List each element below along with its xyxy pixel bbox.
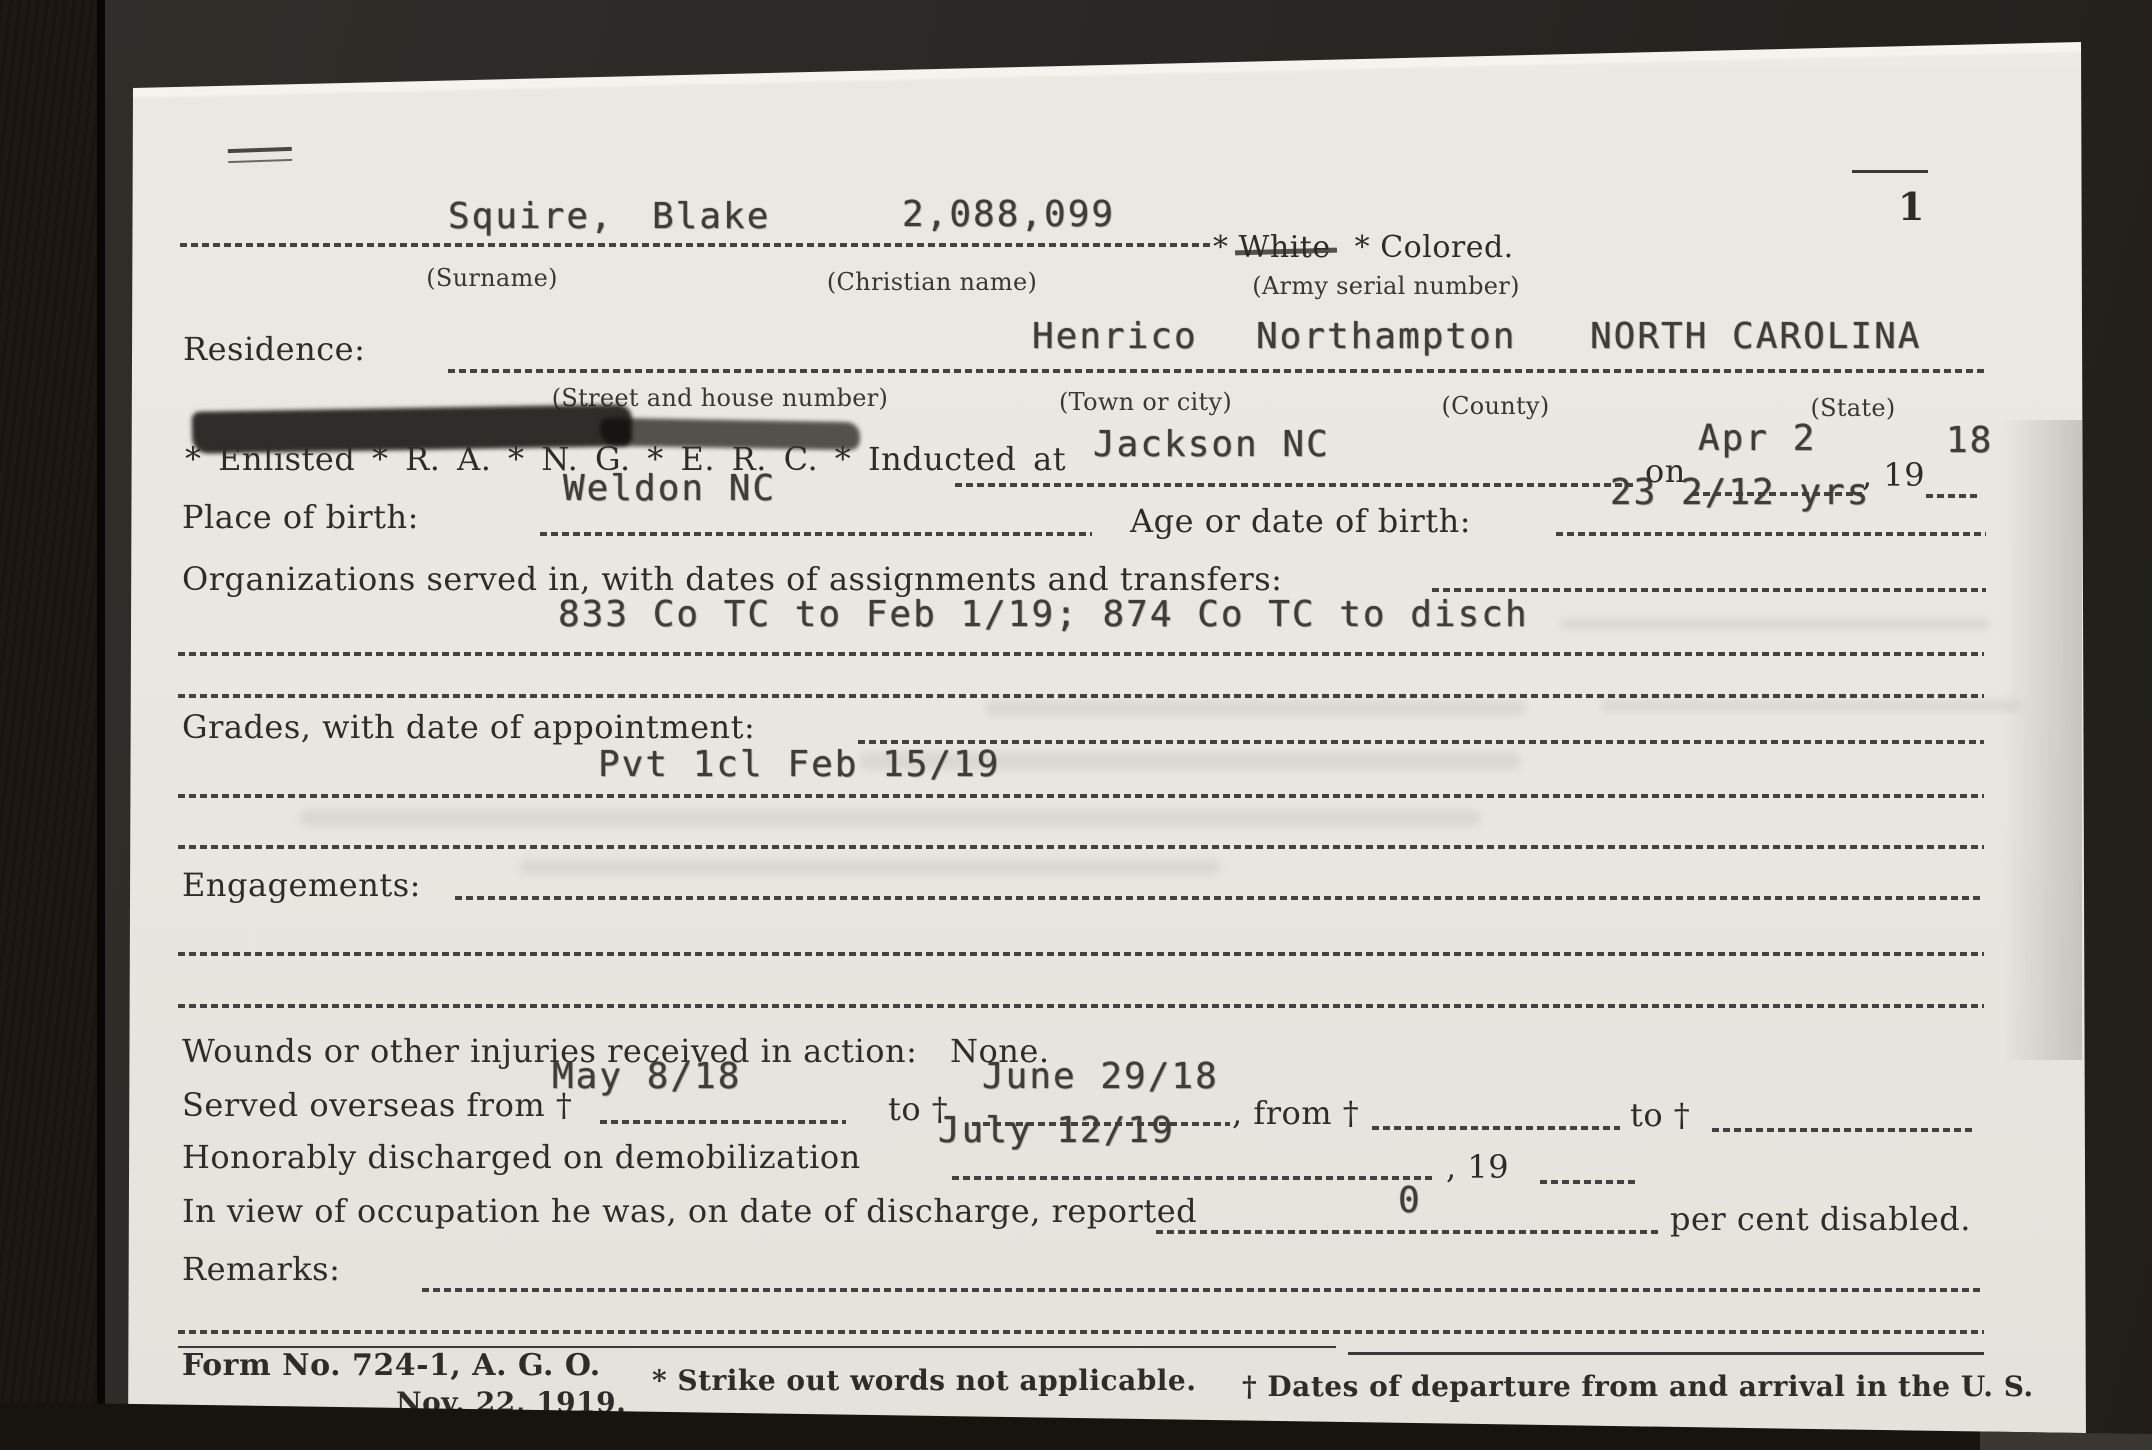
surname-label: (Surname) <box>392 264 592 292</box>
residence-county-value: Northampton <box>1256 316 1516 357</box>
serial-number-value: 2,088,099 <box>902 194 1115 235</box>
inducted-place-value: Jackson NC <box>1093 424 1330 465</box>
birthplace-value: Weldon NC <box>563 468 776 509</box>
residence-town-value: Henrico <box>1032 316 1198 357</box>
bleed-through-mark <box>520 860 1220 874</box>
scan-shading <box>2002 420 2082 1060</box>
grades-line-full-1 <box>178 794 1984 798</box>
overseas-line-3 <box>1372 1126 1620 1130</box>
bleed-through-mark <box>300 810 1480 826</box>
grades-label: Grades, with date of appointment: <box>182 708 755 746</box>
overseas-to1-value: June 29/18 <box>982 1056 1219 1097</box>
wounds-label: Wounds or other injuries received in act… <box>182 1032 917 1070</box>
serial-number-label: (Army serial number) <box>1236 272 1536 300</box>
grades-line-full-2 <box>178 845 1984 849</box>
overseas-from1-value: May 8/18 <box>552 1056 741 1097</box>
residence-state-value: NORTH CAROLINA <box>1590 316 1921 357</box>
residence-line <box>448 369 1986 373</box>
grades-value: Pvt 1cl Feb 15/19 <box>598 744 1000 785</box>
organizations-line-full-2 <box>178 694 1984 698</box>
town-label: (Town or city) <box>1038 388 1253 416</box>
engagements-line-full-1 <box>178 952 1984 956</box>
race-star-2: * <box>1355 230 1371 265</box>
race-options: * White * Colored. <box>1213 230 1514 265</box>
induction-date-value: Apr 2 <box>1698 418 1816 459</box>
disability-suffix: per cent disabled. <box>1670 1200 1971 1238</box>
overseas-line-1 <box>600 1120 846 1124</box>
organizations-label: Organizations served in, with dates of a… <box>182 560 1282 598</box>
race-option-white: White <box>1239 230 1331 265</box>
discharge-date-value: July 12/19 <box>938 1110 1175 1151</box>
bleed-through-mark <box>1560 618 1990 630</box>
christian-name-value: Blake <box>652 196 770 237</box>
corner-pen-mark <box>228 147 292 163</box>
footnote-dagger: † Dates of departure from and arrival in… <box>1242 1370 2034 1403</box>
age-label: Age or date of birth: <box>1130 502 1471 540</box>
age-value: 23 2/12 yrs <box>1610 472 1870 513</box>
organizations-line-full-1 <box>178 652 1984 656</box>
service-record-card: 1 Squire, Blake 2,088,099 * White * Colo… <box>0 0 2152 1450</box>
footer-dotted-line <box>178 1330 1984 1334</box>
age-line <box>1556 532 1986 536</box>
form-number: Form No. 724-1, A. G. O. <box>182 1348 601 1383</box>
disability-value: 0 <box>1398 1180 1422 1221</box>
book-spine-edge <box>0 0 97 1450</box>
christian-name-label: (Christian name) <box>812 268 1052 296</box>
county-label: (County) <box>1398 392 1593 420</box>
organizations-line-right <box>1432 588 1986 592</box>
engagements-line-right <box>455 896 1984 900</box>
race-star-1: * <box>1213 230 1229 265</box>
year-19-label: , 19 <box>1862 456 1925 494</box>
remarks-label: Remarks: <box>182 1250 340 1288</box>
card-top-edge-highlight <box>130 40 2085 98</box>
overseas-line-4 <box>1712 1128 1974 1132</box>
discharge-year-line <box>1540 1180 1636 1184</box>
inducted-place-line <box>955 483 1637 487</box>
organizations-value: 833 Co TC to Feb 1/19; 874 Co TC to disc… <box>558 594 1529 635</box>
grades-line-right <box>858 740 1984 744</box>
remarks-line <box>422 1288 1984 1292</box>
discharge-year-label: , 19 <box>1446 1148 1509 1186</box>
birthplace-label: Place of birth: <box>182 498 419 536</box>
page-number-rule <box>1852 170 1928 173</box>
induction-year-line <box>1926 494 1978 498</box>
bleed-through-mark <box>1600 700 2020 712</box>
engagements-label: Engagements: <box>182 866 421 904</box>
overseas-to-label-2: to † <box>1630 1096 1690 1134</box>
surname-value: Squire, <box>448 196 614 237</box>
scanned-service-card-photo: 1 Squire, Blake 2,088,099 * White * Colo… <box>0 0 2152 1450</box>
induction-year-value: 18 <box>1946 420 1993 461</box>
footnote-strike-out: * Strike out words not applicable. <box>652 1364 1197 1397</box>
bleed-through-mark <box>985 700 1525 716</box>
birthplace-line <box>540 532 1092 536</box>
footer-rule-right <box>1348 1352 1984 1355</box>
spine-shadow-line <box>97 0 105 1450</box>
overseas-from-label-2: , from † <box>1232 1094 1359 1132</box>
disability-line <box>1156 1230 1660 1234</box>
residence-label: Residence: <box>183 330 365 368</box>
page-number: 1 <box>1898 184 1925 229</box>
discharge-line <box>952 1176 1436 1180</box>
overseas-label: Served overseas from † <box>182 1086 572 1124</box>
engagements-line-full-2 <box>178 1004 1984 1008</box>
discharge-label: Honorably discharged on demobilization <box>182 1138 861 1176</box>
name-row-line <box>180 243 1210 247</box>
disability-label: In view of occupation he was, on date of… <box>182 1192 1197 1230</box>
race-option-colored: Colored. <box>1380 230 1514 265</box>
